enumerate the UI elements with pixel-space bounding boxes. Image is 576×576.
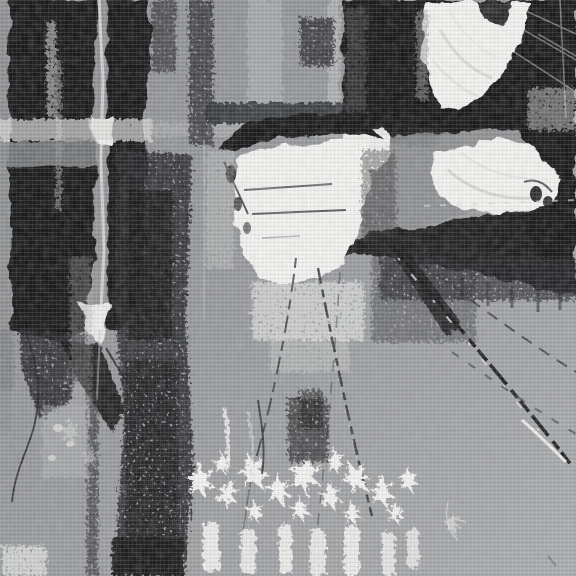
photo-grain bbox=[0, 0, 576, 576]
painting-canvas bbox=[0, 0, 576, 576]
abstract-painting-photo bbox=[0, 0, 576, 576]
